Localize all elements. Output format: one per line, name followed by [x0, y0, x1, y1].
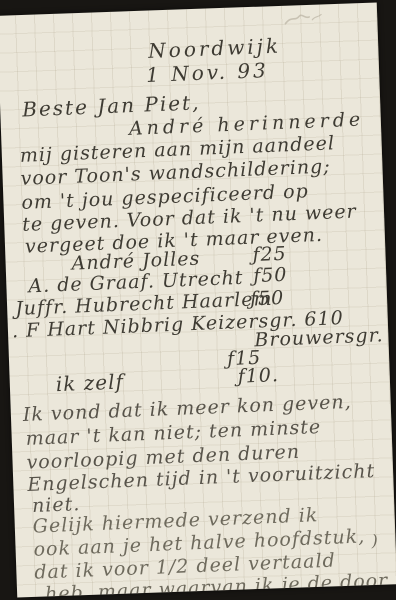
- body-line: niet.: [32, 495, 81, 516]
- contributor-name: Brouwersgr.: [254, 326, 384, 350]
- contributor-name: ik zelf: [55, 371, 124, 394]
- contribution-amount: ƒ50: [250, 289, 285, 309]
- contribution-amount: ƒ10.: [237, 366, 279, 387]
- letter-paper: Noordwijk1 Nov. 93Beste Jan Piet,André h…: [0, 3, 396, 598]
- pencil-mark-icon: [283, 10, 324, 29]
- date-line: 1 Nov. 93: [146, 60, 269, 85]
- scan-background: Noordwijk1 Nov. 93Beste Jan Piet,André h…: [0, 0, 396, 600]
- contribution-amount: ƒ50: [253, 266, 288, 286]
- stray-ink-mark: ): [371, 533, 379, 549]
- place-line: Noordwijk: [148, 36, 281, 61]
- contribution-amount: ƒ25: [252, 245, 287, 265]
